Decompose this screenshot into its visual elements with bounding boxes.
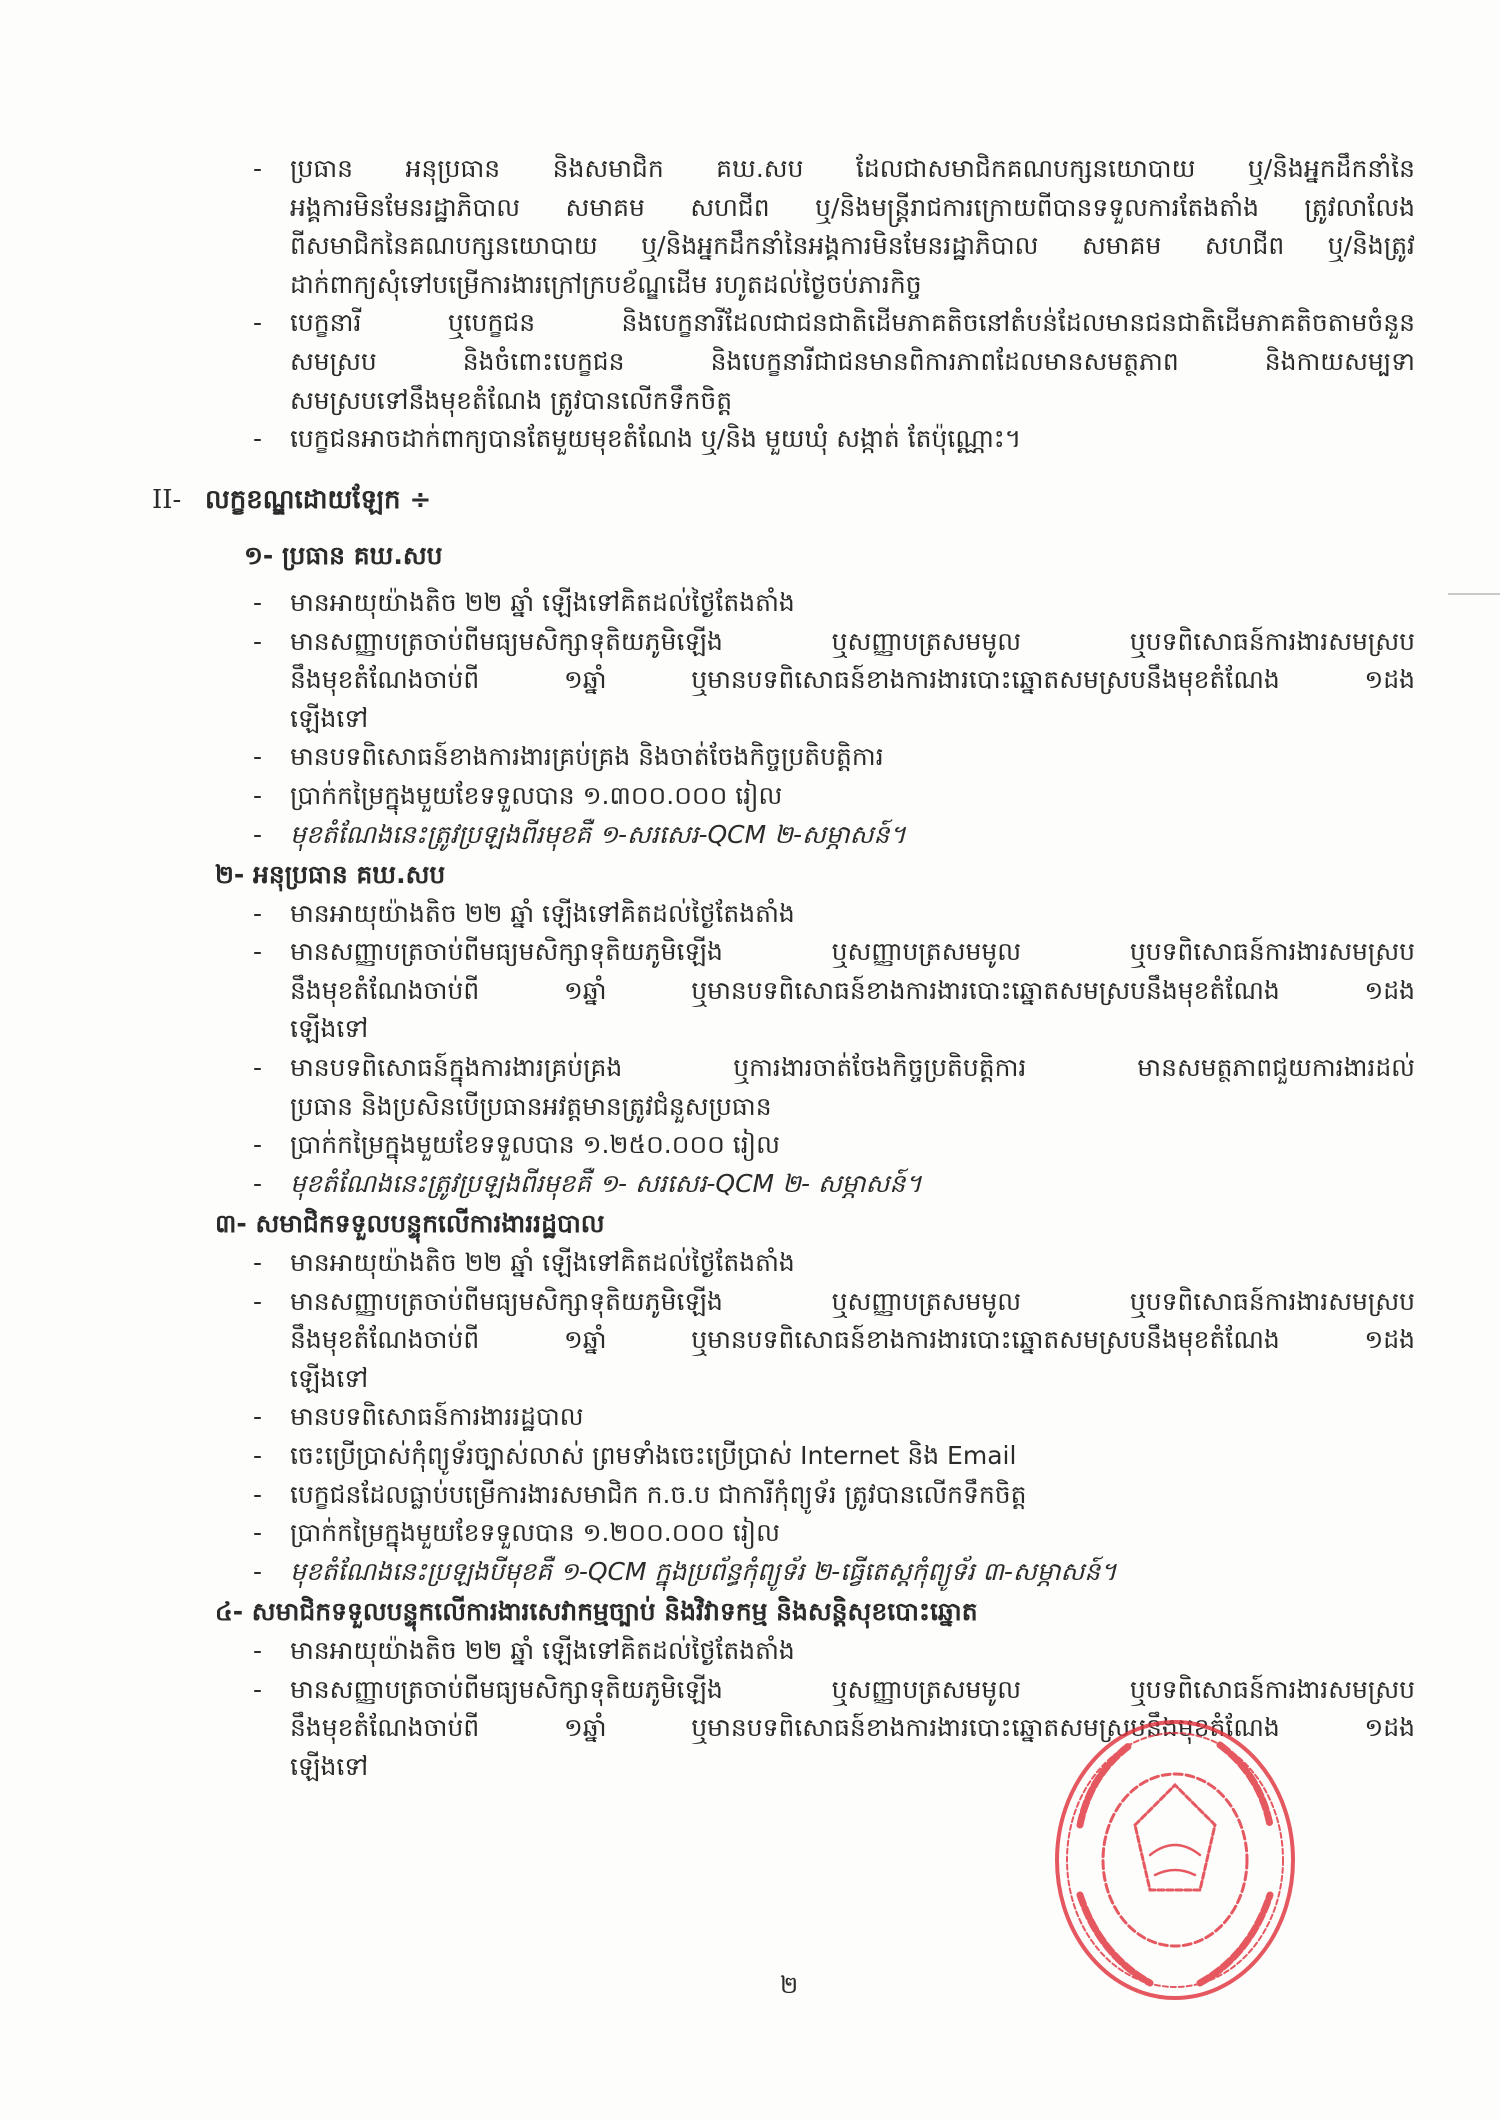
bullet-item: -បេក្ខជនអាចដាក់ពាក្យបានតែមួយមុខតំណែង ឬ/ន… (0, 420, 1500, 459)
bullet-dash: - (253, 895, 273, 934)
bullet-dash: - (253, 1126, 273, 1165)
bullet-dash: - (253, 150, 273, 189)
text-line: -មុខតំណែងនេះប្រឡងបីមុខគឺ ១-QCM ក្នុងប្រព… (0, 1553, 1500, 1592)
text-line: -បេក្ខជនអាចដាក់ពាក្យបានតែមួយមុខតំណែង ឬ/ន… (0, 420, 1500, 459)
text-line: -មានអាយុយ៉ាងតិច ២២ ឆ្នាំ ឡើងទៅគិតដល់ថ្ងៃ… (0, 895, 1500, 934)
bullet-item: -មានសញ្ញាបត្រចាប់ពីមធ្យមសិក្សាទុតិយភូមិឡ… (0, 623, 1500, 739)
bullet-dash: - (253, 777, 273, 816)
bullet-dash: - (253, 420, 273, 459)
document-page: -ប្រធាន អនុប្រធាន និងសមាជិក គឃ.សប ដែលជាស… (0, 150, 1500, 1786)
bullet-item: -មានបទពិសោធន៍ខាងការងារគ្រប់គ្រង និងចាត់ច… (0, 738, 1500, 777)
bullet-text: មានសញ្ញាបត្រចាប់ពីមធ្យមសិក្សាទុតិយភូមិឡើ… (290, 1283, 1415, 1322)
text-line: -មានបទពិសោធន៍ខាងការងារគ្រប់គ្រង និងចាត់ច… (0, 738, 1500, 777)
bullet-text: មានបទពិសោធន៍ខាងការងារគ្រប់គ្រង និងចាត់ចែ… (290, 738, 1415, 777)
bullet-text: មានបទពិសោធន៍ក្នុងការងារគ្រប់គ្រង ឬការងារ… (290, 1049, 1415, 1088)
bullet-item: -មានអាយុយ៉ាងតិច ២២ ឆ្នាំ ឡើងទៅគិតដល់ថ្ងៃ… (0, 584, 1500, 623)
position-title: ១- ប្រធាន គឃ.សប (244, 537, 443, 576)
text-line: -មានបទពិសោធន៍ការងាររដ្ឋបាល (0, 1398, 1500, 1437)
text-line: -បេក្ខនារី ឬបេក្ខជន និងបេក្ខនារីដែលជាជនជ… (0, 304, 1500, 343)
text-line: ប្រធាន និងប្រសិនបើប្រធានអវត្តមានត្រូវជំន… (0, 1088, 1500, 1127)
bullet-item: -មានអាយុយ៉ាងតិច ២២ ឆ្នាំ ឡើងទៅគិតដល់ថ្ងៃ… (0, 1632, 1500, 1671)
text-line: -ចេះប្រើប្រាស់កុំព្យូទ័រច្បាស់លាស់ ព្រមទ… (0, 1437, 1500, 1476)
page-number: ២ (780, 1970, 798, 2005)
position-title: ៣- សមាជិកទទួលបន្ទុកលើការងាររដ្ឋបាល (215, 1205, 605, 1244)
bullet-item: -បេក្ខជនដែលធ្លាប់បម្រើការងារសមាជិក ក.ច.ប… (0, 1476, 1500, 1515)
official-seal-icon (1050, 1715, 1300, 2005)
bullet-text: ប្រាក់កម្រៃក្នុងមួយខែទទួលបាន ១.២៥០.០០០ រ… (290, 1126, 1415, 1165)
position-requirements: -មានអាយុយ៉ាងតិច ២២ ឆ្នាំ ឡើងទៅគិតដល់ថ្ងៃ… (0, 584, 1500, 854)
position-heading: ១- ប្រធាន គឃ.សប (0, 537, 1500, 576)
bullet-text: មានសញ្ញាបត្រចាប់ពីមធ្យមសិក្សាទុតិយភូមិឡើ… (290, 1671, 1415, 1710)
text-line: ឡើងទៅ (0, 1010, 1500, 1049)
text-line: នឹងមុខតំណែងចាប់ពី ១ឆ្នាំ ឬមានបទពិសោធន៍ខា… (0, 972, 1500, 1011)
bullet-dash: - (253, 1671, 273, 1710)
text-line: សមស្រប និងចំពោះបេក្ខជន និងបេក្ខនារីជាជនម… (0, 343, 1500, 382)
bullet-dash: - (253, 1244, 273, 1283)
bullet-text: មានអាយុយ៉ាងតិច ២២ ឆ្នាំ ឡើងទៅគិតដល់ថ្ងៃត… (290, 1632, 1415, 1671)
bullet-text: មុខតំណែងនេះត្រូវប្រឡងពីរមុខគឺ ១- សរសេរ-Q… (290, 1165, 1415, 1204)
bullet-text: មានអាយុយ៉ាងតិច ២២ ឆ្នាំ ឡើងទៅគិតដល់ថ្ងៃត… (290, 895, 1415, 934)
bullet-item: -បេក្ខនារី ឬបេក្ខជន និងបេក្ខនារីដែលជាជនជ… (0, 304, 1500, 420)
bullet-text: ប្រធាន និងប្រសិនបើប្រធានអវត្តមានត្រូវជំន… (290, 1088, 1415, 1127)
bullet-dash: - (253, 738, 273, 777)
bullet-item: -មានបទពិសោធន៍ការងាររដ្ឋបាល (0, 1398, 1500, 1437)
bullet-dash: - (253, 584, 273, 623)
bullet-item: -មុខតំណែងនេះត្រូវប្រឡងពីរមុខគឺ ១-សរសេរ-Q… (0, 816, 1500, 855)
bullet-text: ប្រាក់កម្រៃក្នុងមួយខែទទួលបាន ១.៣០០.០០០ រ… (290, 777, 1415, 816)
bullet-item: -ប្រាក់កម្រៃក្នុងមួយខែទទួលបាន ១.២០០.០០០ … (0, 1514, 1500, 1553)
text-line: -មុខតំណែងនេះត្រូវប្រឡងពីរមុខគឺ ១- សរសេរ-… (0, 1165, 1500, 1204)
bullet-item: -ចេះប្រើប្រាស់កុំព្យូទ័រច្បាស់លាស់ ព្រមទ… (0, 1437, 1500, 1476)
bullet-dash: - (253, 1632, 273, 1671)
bullet-item: -មានបទពិសោធន៍ក្នុងការងារគ្រប់គ្រង ឬការងា… (0, 1049, 1500, 1126)
text-line: -មានអាយុយ៉ាងតិច ២២ ឆ្នាំ ឡើងទៅគិតដល់ថ្ងៃ… (0, 584, 1500, 623)
position-requirements: -មានអាយុយ៉ាងតិច ២២ ឆ្នាំ ឡើងទៅគិតដល់ថ្ងៃ… (0, 1244, 1500, 1591)
bullet-dash: - (253, 1049, 273, 1088)
bullet-dash: - (253, 1553, 273, 1592)
bullet-item: -ប្រាក់កម្រៃក្នុងមួយខែទទួលបាន ១.២៥០.០០០ … (0, 1126, 1500, 1165)
bullet-dash: - (253, 1283, 273, 1322)
bullet-text: មានសញ្ញាបត្រចាប់ពីមធ្យមសិក្សាទុតិយភូមិឡើ… (290, 623, 1415, 662)
text-line: -មានសញ្ញាបត្រចាប់ពីមធ្យមសិក្សាទុតិយភូមិឡ… (0, 623, 1500, 662)
bullet-item: -មានសញ្ញាបត្រចាប់ពីមធ្យមសិក្សាទុតិយភូមិឡ… (0, 933, 1500, 1049)
bullet-text: បេក្ខជនដែលធ្លាប់បម្រើការងារសមាជិក ក.ច.ប … (290, 1476, 1415, 1515)
text-line: -ប្រាក់កម្រៃក្នុងមួយខែទទួលបាន ១.៣០០.០០០ … (0, 777, 1500, 816)
scan-edge-mark (1448, 593, 1500, 595)
bullet-text: ដាក់ពាក្យសុំទៅបម្រើការងារក្រៅក្របខ័ណ្ឌដើ… (290, 266, 1415, 305)
text-line: នឹងមុខតំណែងចាប់ពី ១ឆ្នាំ ឬមានបទពិសោធន៍ខា… (0, 661, 1500, 700)
bullet-dash: - (253, 1437, 273, 1476)
bullet-text: នឹងមុខតំណែងចាប់ពី ១ឆ្នាំ ឬមានបទពិសោធន៍ខា… (290, 1321, 1415, 1360)
bullet-dash: - (253, 304, 273, 343)
bullet-text: ឡើងទៅ (290, 1360, 1415, 1399)
bullet-text: មានបទពិសោធន៍ការងាររដ្ឋបាល (290, 1398, 1415, 1437)
text-line: -មានបទពិសោធន៍ក្នុងការងារគ្រប់គ្រង ឬការងា… (0, 1049, 1500, 1088)
text-line: ដាក់ពាក្យសុំទៅបម្រើការងារក្រៅក្របខ័ណ្ឌដើ… (0, 266, 1500, 305)
position-requirements: -មានអាយុយ៉ាងតិច ២២ ឆ្នាំ ឡើងទៅគិតដល់ថ្ងៃ… (0, 895, 1500, 1204)
position-title: ២- អនុប្រធាន គឃ.សប (215, 856, 445, 895)
bullet-item: -មានអាយុយ៉ាងតិច ២២ ឆ្នាំ ឡើងទៅគិតដល់ថ្ងៃ… (0, 1244, 1500, 1283)
bullet-text: ចេះប្រើប្រាស់កុំព្យូទ័រច្បាស់លាស់ ព្រមទា… (290, 1437, 1415, 1476)
bullet-item: -មានអាយុយ៉ាងតិច ២២ ឆ្នាំ ឡើងទៅគិតដល់ថ្ងៃ… (0, 895, 1500, 934)
bullet-item: -ប្រាក់កម្រៃក្នុងមួយខែទទួលបាន ១.៣០០.០០០ … (0, 777, 1500, 816)
text-line: ពីសមាជិកនៃគណបក្សនយោបាយ ឬ/និងអ្នកដឹកនាំនៃ… (0, 227, 1500, 266)
bullet-text: មុខតំណែងនេះត្រូវប្រឡងពីរមុខគឺ ១-សរសេរ-QC… (290, 816, 1415, 855)
text-line: -មានសញ្ញាបត្រចាប់ពីមធ្យមសិក្សាទុតិយភូមិឡ… (0, 1671, 1500, 1710)
text-line: ឡើងទៅ (0, 700, 1500, 739)
position-heading: ៣- សមាជិកទទួលបន្ទុកលើការងាររដ្ឋបាល (0, 1205, 1500, 1244)
position-heading: ៤- សមាជិកទទួលបន្ទុកលើការងារសេវាកម្មច្បាប… (0, 1593, 1500, 1632)
bullet-dash: - (253, 933, 273, 972)
text-line: -មានសញ្ញាបត្រចាប់ពីមធ្យមសិក្សាទុតិយភូមិឡ… (0, 933, 1500, 972)
bullet-dash: - (253, 623, 273, 662)
bullet-dash: - (253, 1514, 273, 1553)
text-line: អង្គការមិនមែនរដ្ឋាភិបាល សមាគម សហជីព ឬ/និ… (0, 189, 1500, 228)
section-title: លក្ខខណ្ឌដោយឡែក ÷ (205, 481, 431, 520)
bullet-item: -មានសញ្ញាបត្រចាប់ពីមធ្យមសិក្សាទុតិយភូមិឡ… (0, 1283, 1500, 1399)
section-heading: II-លក្ខខណ្ឌដោយឡែក ÷ (0, 481, 1500, 520)
text-line: -ប្រាក់កម្រៃក្នុងមួយខែទទួលបាន ១.២៥០.០០០ … (0, 1126, 1500, 1165)
bullet-text: នឹងមុខតំណែងចាប់ពី ១ឆ្នាំ ឬមានបទពិសោធន៍ខា… (290, 661, 1415, 700)
bullet-item: -មុខតំណែងនេះប្រឡងបីមុខគឺ ១-QCM ក្នុងប្រព… (0, 1553, 1500, 1592)
bullet-text: នឹងមុខតំណែងចាប់ពី ១ឆ្នាំ ឬមានបទពិសោធន៍ខា… (290, 972, 1415, 1011)
bullet-text: បេក្ខនារី ឬបេក្ខជន និងបេក្ខនារីដែលជាជនជា… (290, 304, 1415, 343)
text-line: នឹងមុខតំណែងចាប់ពី ១ឆ្នាំ ឬមានបទពិសោធន៍ខា… (0, 1321, 1500, 1360)
text-line: -ប្រធាន អនុប្រធាន និងសមាជិក គឃ.សប ដែលជាស… (0, 150, 1500, 189)
section-number: II- (152, 481, 181, 520)
bullet-text: មានអាយុយ៉ាងតិច ២២ ឆ្នាំ ឡើងទៅគិតដល់ថ្ងៃត… (290, 584, 1415, 623)
text-line: -បេក្ខជនដែលធ្លាប់បម្រើការងារសមាជិក ក.ច.ប… (0, 1476, 1500, 1515)
bullet-text: ឡើងទៅ (290, 700, 1415, 739)
bullet-item: -មុខតំណែងនេះត្រូវប្រឡងពីរមុខគឺ ១- សរសេរ-… (0, 1165, 1500, 1204)
bullet-item: -ប្រធាន អនុប្រធាន និងសមាជិក គឃ.សប ដែលជាស… (0, 150, 1500, 304)
bullet-text: សមស្រប និងចំពោះបេក្ខជន និងបេក្ខនារីជាជនម… (290, 343, 1415, 382)
bullet-text: ឡើងទៅ (290, 1010, 1415, 1049)
text-line: -មុខតំណែងនេះត្រូវប្រឡងពីរមុខគឺ ១-សរសេរ-Q… (0, 816, 1500, 855)
bullet-text: សមស្របទៅនឹងមុខតំណែង ត្រូវបានលើកទឹកចិត្ត (290, 382, 1415, 421)
bullet-dash: - (253, 1398, 273, 1437)
text-line: សមស្របទៅនឹងមុខតំណែង ត្រូវបានលើកទឹកចិត្ត (0, 382, 1500, 421)
position-title: ៤- សមាជិកទទួលបន្ទុកលើការងារសេវាកម្មច្បាប… (215, 1593, 978, 1632)
bullet-dash: - (253, 1476, 273, 1515)
bullet-text: មានអាយុយ៉ាងតិច ២២ ឆ្នាំ ឡើងទៅគិតដល់ថ្ងៃត… (290, 1244, 1415, 1283)
text-line: -មានសញ្ញាបត្រចាប់ពីមធ្យមសិក្សាទុតិយភូមិឡ… (0, 1283, 1500, 1322)
bullet-dash: - (253, 1165, 273, 1204)
bullet-text: មុខតំណែងនេះប្រឡងបីមុខគឺ ១-QCM ក្នុងប្រព័… (290, 1553, 1415, 1592)
text-line: -មានអាយុយ៉ាងតិច ២២ ឆ្នាំ ឡើងទៅគិតដល់ថ្ងៃ… (0, 1244, 1500, 1283)
bullet-text: ប្រាក់កម្រៃក្នុងមួយខែទទួលបាន ១.២០០.០០០ រ… (290, 1514, 1415, 1553)
text-line: -ប្រាក់កម្រៃក្នុងមួយខែទទួលបាន ១.២០០.០០០ … (0, 1514, 1500, 1553)
text-line: -មានអាយុយ៉ាងតិច ២២ ឆ្នាំ ឡើងទៅគិតដល់ថ្ងៃ… (0, 1632, 1500, 1671)
bullet-dash: - (253, 816, 273, 855)
bullet-text: អង្គការមិនមែនរដ្ឋាភិបាល សមាគម សហជីព ឬ/និ… (290, 189, 1415, 228)
bullet-text: មានសញ្ញាបត្រចាប់ពីមធ្យមសិក្សាទុតិយភូមិឡើ… (290, 933, 1415, 972)
text-line: ឡើងទៅ (0, 1360, 1500, 1399)
bullet-text: ប្រធាន អនុប្រធាន និងសមាជិក គឃ.សប ដែលជាសម… (290, 150, 1415, 189)
bullet-text: បេក្ខជនអាចដាក់ពាក្យបានតែមួយមុខតំណែង ឬ/និ… (290, 420, 1415, 459)
bullet-text: ពីសមាជិកនៃគណបក្សនយោបាយ ឬ/និងអ្នកដឹកនាំនៃ… (290, 227, 1415, 266)
position-heading: ២- អនុប្រធាន គឃ.សប (0, 856, 1500, 895)
